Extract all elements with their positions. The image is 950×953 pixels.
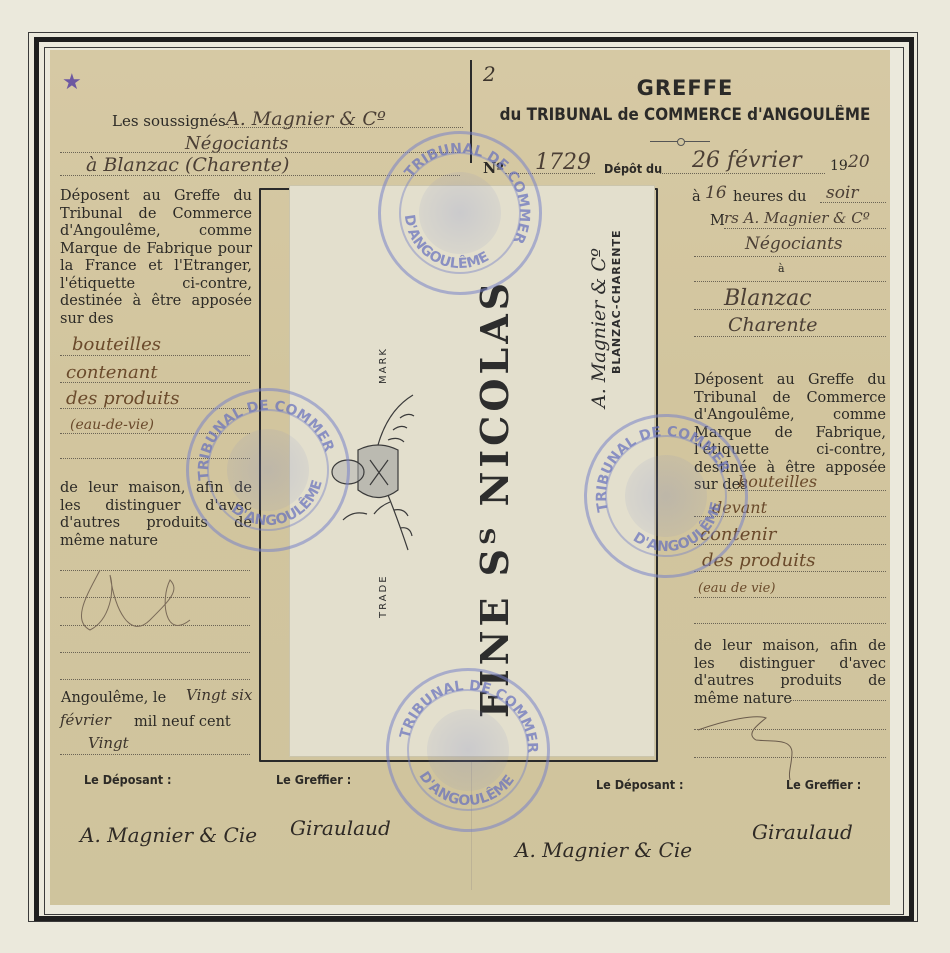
dotted-line (60, 355, 250, 356)
left-blank-strike-mark (70, 550, 210, 680)
star-stamp-icon: ★ (62, 72, 82, 94)
dotted-line (694, 623, 886, 624)
dotted-line (694, 597, 886, 598)
ornament-dot (677, 138, 685, 146)
greffe-title: GREFFE (480, 76, 890, 100)
stamp-emblem (404, 157, 516, 269)
left-handwritten-line-1: bouteilles (72, 336, 161, 354)
left-handwritten-line-3: des produits (66, 390, 179, 408)
left-handwritten-line-4: (eau-de-vie) (70, 418, 154, 432)
dotted-line (820, 202, 886, 203)
right-handwritten-line-1: bouteilles (738, 474, 817, 490)
dotted-line (60, 754, 250, 755)
dotted-line (694, 256, 886, 257)
dotted-line (694, 281, 886, 282)
greffe-subtitle: du TRIBUNAL de COMMERCE d'ANGOULÊME (496, 105, 873, 124)
dotted-line (660, 173, 825, 174)
dotted-line (694, 309, 886, 310)
label-mark-word: MARK (378, 347, 389, 384)
hour-value: 16 (705, 185, 727, 202)
deposit-year-handwritten: 20 (848, 154, 870, 171)
party-place-prefix: à (778, 262, 785, 275)
right-blank-strike-mark (696, 712, 816, 782)
right-depositor-label: Le Déposant : (596, 777, 684, 792)
hour-period: soir (826, 185, 859, 202)
party-place: Blanzac (724, 288, 812, 310)
party-handwritten: rs A. Magnier & Cº (724, 211, 870, 226)
date-handwritten-month: février (60, 713, 111, 728)
dotted-line (724, 228, 886, 229)
intro-handwritten-role: Négociants (185, 135, 288, 153)
svg-text:D'ANGOULÊME: D'ANGOULÊME (225, 475, 334, 540)
stamp-emblem (424, 706, 513, 795)
hour-prefix: à (692, 189, 701, 205)
deposit-label: Dépôt du (604, 161, 662, 176)
right-depositor-signature: A. Magnier & Cie (515, 840, 692, 860)
svg-text:TRIBUNAL DE COMMERCE: TRIBUNAL DE COMMERCE (384, 664, 548, 755)
label-trade-word: TRADE (378, 574, 389, 618)
deposit-date: 26 février (692, 150, 802, 172)
dotted-line (60, 152, 460, 153)
party-role: Négociants (745, 236, 843, 253)
date-printed: mil neuf cent (134, 714, 231, 730)
label-maker: A. Magnier & Cº (588, 248, 610, 408)
right-purpose-text: de leur maison, afin de les distinguer d… (694, 638, 886, 708)
hour-label: heures du (733, 189, 806, 205)
left-handwritten-line-2: contenant (66, 364, 158, 382)
svg-text:D'ANGOULÊME: D'ANGOULÊME (626, 496, 736, 569)
left-clerk-label: Le Greffier : (276, 772, 351, 787)
left-body-text: Déposent au Greffe du Tribunal de Commer… (60, 188, 252, 328)
right-clerk-signature: Giraulaud (752, 822, 853, 842)
dotted-line (694, 336, 886, 337)
left-depositor-label: Le Déposant : (84, 772, 172, 787)
intro-printed: Les soussignés (112, 112, 226, 130)
left-clerk-signature: Giraulaud (290, 818, 391, 838)
label-maker-location: BLANZAC-CHARENTE (610, 230, 623, 375)
stamp-emblem (613, 443, 718, 548)
label-product-name: FINE Sᵀ NICOLAS (472, 279, 517, 718)
stamp-emblem (218, 420, 318, 520)
dotted-line (790, 700, 886, 701)
stamp-ring-text: TRIBUNAL DE COMMERCE D'ANGOULÊME (382, 664, 553, 835)
dotted-line (728, 490, 886, 491)
party-region: Charente (728, 316, 818, 335)
party-prefix: M (710, 213, 725, 229)
date-handwritten-year: Vingt (88, 736, 129, 751)
right-handwritten-line-5: (eau de vie) (698, 582, 775, 595)
deposit-year-printed: 19 (830, 158, 848, 174)
date-handwritten-day: Vingt six (186, 688, 252, 703)
left-depositor-signature: A. Magnier & Cie (80, 825, 257, 845)
intro-handwritten-place: à Blanzac (Charente) (86, 156, 289, 175)
dotted-line (694, 571, 886, 572)
tribunal-stamp-bottom: TRIBUNAL DE COMMERCE D'ANGOULÊME (379, 661, 557, 839)
dotted-line (60, 382, 250, 383)
svg-text:D'ANGOULÊME: D'ANGOULÊME (413, 764, 518, 813)
place-printed: Angoulême, le (61, 690, 166, 706)
right-clerk-label: Le Greffier : (786, 777, 861, 792)
